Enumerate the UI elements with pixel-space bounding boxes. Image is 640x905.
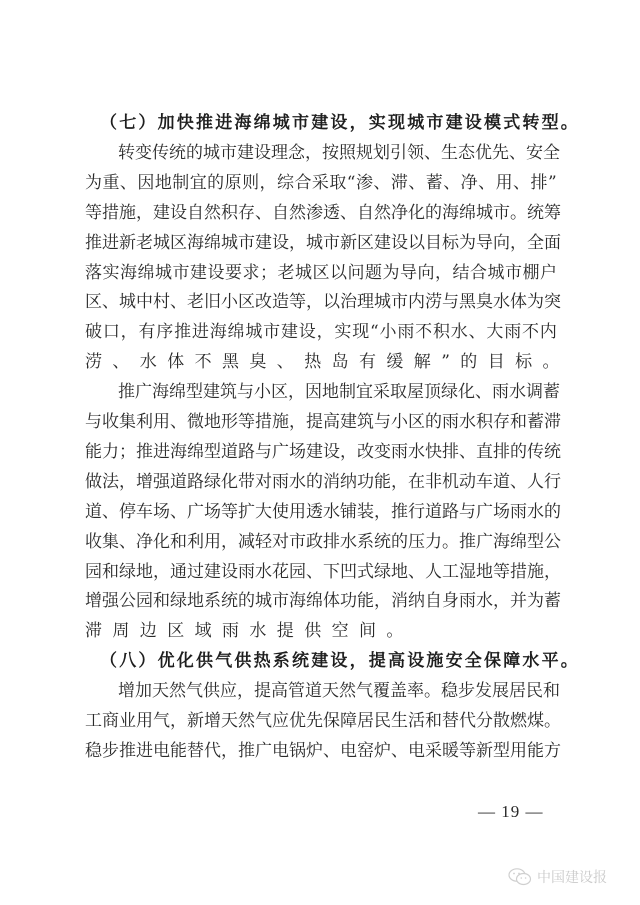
paragraph-line: 与收集利用、微地形等措施，提高建筑与小区的雨水积存和蓄滞 <box>85 407 557 437</box>
paragraph-line: 工商业用气，新增天然气应优先保障居民生活和替代分散燃煤。 <box>85 706 557 736</box>
watermark-text: 中国建设报 <box>537 867 607 887</box>
paragraph-line: 增强公园和绿地系统的城市海绵体功能，消纳自身雨水，并为蓄 <box>85 586 557 616</box>
paragraph-last-line: 涝、水体不黑臭、热岛有缓解”的目标。 <box>85 347 557 377</box>
paragraph-first-line: 推广海绵型建筑与小区，因地制宜采取屋顶绿化、雨水调蓄 <box>118 377 557 407</box>
section-heading: （七）加快推进海绵城市建设，实现城市建设模式转型。 <box>100 108 539 138</box>
document-page: （七）加快推进海绵城市建设，实现城市建设模式转型。转变传统的城市建设理念，按照规… <box>0 0 640 905</box>
wechat-icon <box>508 868 532 886</box>
page-number: — 19 — <box>478 802 544 822</box>
paragraph-line: 能力；推进海绵型道路与广场建设，改变雨水快排、直排的传统 <box>85 437 557 467</box>
paragraph-line: 落实海绵城市建设要求；老城区以问题为导向，结合城市棚户 <box>85 258 557 288</box>
paragraph-first-line: 增加天然气供应，提高管道天然气覆盖率。稳步发展居民和 <box>118 676 557 706</box>
paragraph-line: 为重、因地制宜的原则，综合采取“渗、滞、蓄、净、用、排” <box>85 168 557 198</box>
paragraph-first-line: 转变传统的城市建设理念，按照规划引领、生态优先、安全 <box>118 138 557 168</box>
paragraph-line: 园和绿地，通过建设雨水花园、下凹式绿地、人工湿地等措施， <box>85 557 557 587</box>
paragraph-line: 破口，有序推进海绵城市建设，实现“小雨不积水、大雨不内 <box>85 317 557 347</box>
paragraph-last-line: 滞周边区域雨水提供空间。 <box>85 616 557 646</box>
paragraph-line: 等措施，建设自然积存、自然渗透、自然净化的海绵城市。统筹 <box>85 198 557 228</box>
watermark: 中国建设报 <box>508 866 607 888</box>
paragraph-line: 收集、净化和利用，减轻对市政排水系统的压力。推广海绵型公 <box>85 527 557 557</box>
paragraph-line: 道、停车场、广场等扩大使用透水铺装，推行道路与广场雨水的 <box>85 497 557 527</box>
paragraph-line: 稳步推进电能替代，推广电锅炉、电窑炉、电采暖等新型用能方 <box>85 736 557 766</box>
paragraph-line: 做法，增强道路绿化带对雨水的消纳功能，在非机动车道、人行 <box>85 467 557 497</box>
paragraph-line: 区、城中村、老旧小区改造等，以治理城市内涝与黑臭水体为突 <box>85 287 557 317</box>
paragraph-line: 推进新老城区海绵城市建设，城市新区建设以目标为导向，全面 <box>85 228 557 258</box>
section-heading: （八）优化供气供热系统建设，提高设施安全保障水平。 <box>100 646 539 676</box>
